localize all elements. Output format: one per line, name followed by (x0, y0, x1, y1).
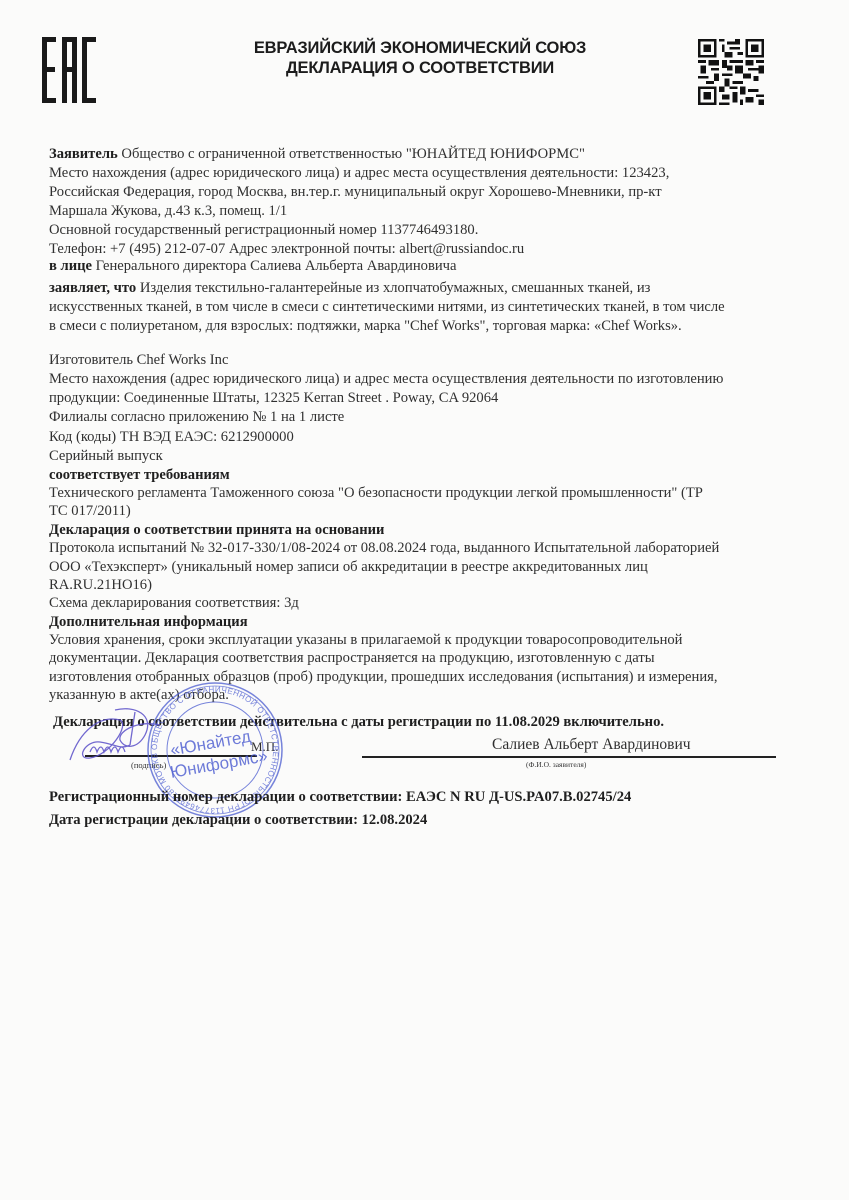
declares-line-3: в смеси с полиуретаном, для взрослых: по… (49, 317, 682, 336)
applicant-address-3: Маршала Жукова, д.43 к.3, помещ. 1/1 (49, 202, 287, 221)
additional-line-1: Условия хранения, сроки эксплуатации ука… (49, 631, 683, 650)
applicant-ogrn: Основной государственный регистрационный… (49, 221, 478, 240)
signer-name: Салиев Альберт Авардинович (492, 735, 691, 754)
additional-label: Дополнительная информация (49, 613, 248, 632)
manufacturer-address-2: продукции: Соединенные Штаты, 12325 Kerr… (49, 389, 498, 408)
tn-ved-code: Код (коды) ТН ВЭД ЕАЭС: 6212900000 (49, 428, 294, 447)
declares-label: заявляет, что (49, 280, 136, 296)
declares-text: Изделия текстильно-галантерейные из хлоп… (136, 280, 650, 296)
union-title: ЕВРАЗИЙСКИЙ ЭКОНОМИЧЕСКИЙ СОЮЗ (180, 38, 660, 58)
document-title: ДЕКЛАРАЦИЯ О СООТВЕТСТВИИ (180, 58, 660, 78)
additional-line-2: документации. Декларация соответствия ра… (49, 649, 655, 668)
signer-underline (362, 756, 776, 758)
manufacturer-branches: Филиалы согласно приложению № 1 на 1 лис… (49, 408, 344, 427)
applicant-represented: в лице Генерального директора Салиева Ал… (49, 257, 456, 276)
applicant-name: Общество с ограниченной ответственностью… (118, 146, 585, 162)
registration-date: Дата регистрации декларации о соответств… (49, 811, 427, 830)
manufacturer-name: Изготовитель Chef Works Inc (49, 351, 228, 370)
applicant-line: Заявитель Общество с ограниченной ответс… (49, 145, 585, 164)
requirements-line-1: Технического регламента Таможенного союз… (49, 484, 703, 503)
declaration-scheme: Схема декларирования соответствия: 3д (49, 594, 299, 613)
basis-line-2: ООО «Техэксперт» (уникальный номер запис… (49, 558, 648, 577)
requirements-line-2: ТС 017/2011) (49, 502, 131, 521)
eac-logo (42, 37, 96, 103)
declares-line-1: заявляет, что Изделия текстильно-галанте… (49, 279, 650, 298)
applicant-address-1: Место нахождения (адрес юридического лиц… (49, 164, 669, 183)
registration-number: Регистрационный номер декларации о соотв… (49, 788, 631, 807)
represented-label: в лице (49, 258, 92, 274)
applicant-address-2: Российская Федерация, город Москва, вн.т… (49, 183, 662, 202)
signer-caption: (Ф.И.О. заявителя) (526, 760, 586, 769)
basis-line-3: RA.RU.21НО16) (49, 576, 152, 595)
applicant-label: Заявитель (49, 146, 118, 162)
basis-line-1: Протокола испытаний № 32-017-330/1/08-20… (49, 539, 719, 558)
qr-code (697, 39, 765, 105)
document-header: ЕВРАЗИЙСКИЙ ЭКОНОМИЧЕСКИЙ СОЮЗ ДЕКЛАРАЦИ… (180, 38, 660, 78)
eac-mark-icon (42, 37, 96, 103)
manufacturer-address-1: Место нахождения (адрес юридического лиц… (49, 370, 723, 389)
declares-line-2: искусственных тканей, в том числе в смес… (49, 298, 725, 317)
qr-code-icon (697, 39, 765, 105)
release-type: Серийный выпуск (49, 447, 163, 466)
basis-label: Декларация о соответствии принята на осн… (49, 521, 384, 540)
requirements-label: соответствует требованиям (49, 466, 230, 485)
represented-by: Генерального директора Салиева Альберта … (92, 258, 456, 274)
